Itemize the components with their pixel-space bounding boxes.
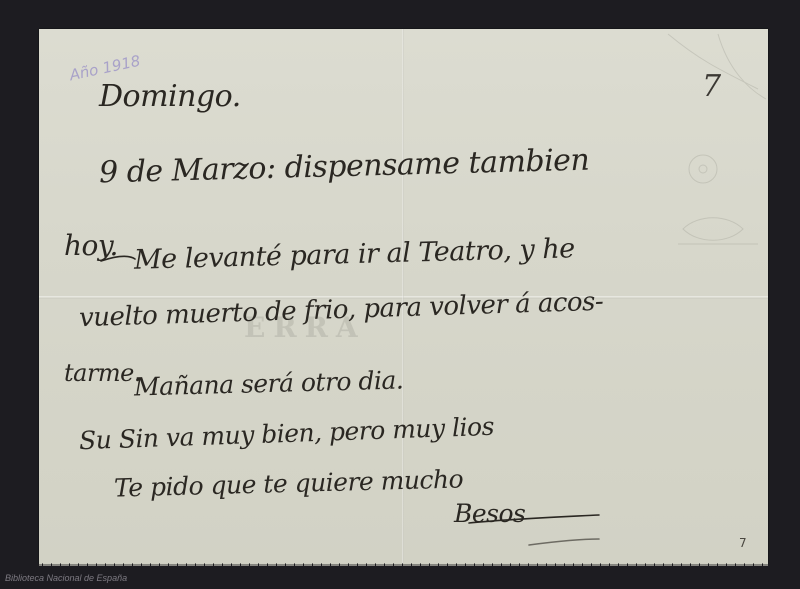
document-viewer: ERRA Año 1918 7 7 Domingo. 9 de Marzo: d…	[0, 0, 800, 589]
library-credit: Biblioteca Nacional de España	[5, 573, 127, 583]
letter-paper: ERRA Año 1918 7 7 Domingo. 9 de Marzo: d…	[39, 29, 768, 564]
ink-flourish-icon	[39, 29, 768, 564]
